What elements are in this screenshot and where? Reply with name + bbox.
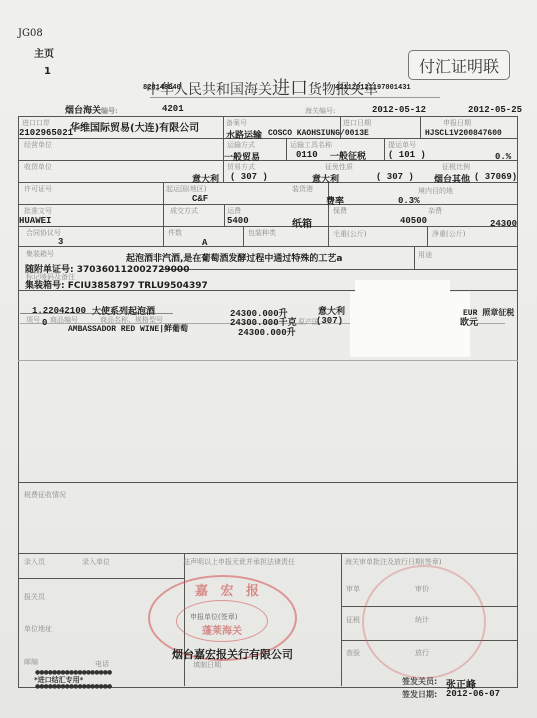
row-divider xyxy=(18,204,518,205)
forex-border-bottom: ●●●●●●●●●●●●●●●●●● xyxy=(35,683,111,690)
goods-row-divider xyxy=(18,360,518,361)
col-divider xyxy=(427,226,428,246)
contract-label: 合同协议号 xyxy=(26,228,61,238)
tax-status-label: 税费征收情况 xyxy=(24,490,66,500)
row-divider xyxy=(160,269,518,270)
transport-code: 0110 xyxy=(296,150,318,160)
goods-item-index: 0 xyxy=(42,318,47,328)
row-divider xyxy=(18,138,518,139)
col-divider xyxy=(414,246,415,269)
domestic-destination-label: 境内目的地 xyxy=(418,186,453,196)
container-numbers: 集装箱号: FCIU3858797 TRLU9504397 xyxy=(25,278,208,291)
page-number: 1 xyxy=(44,66,51,77)
package-type: 纸箱 xyxy=(292,215,312,230)
col-divider xyxy=(224,204,225,226)
row-divider xyxy=(18,578,184,579)
fee-rate: 0.3% xyxy=(398,196,420,206)
col-divider xyxy=(163,182,164,246)
declare-unit-label: 申报单位(签章) xyxy=(190,612,237,622)
customs-office: 烟台海关编号: xyxy=(65,103,118,116)
pieces: A xyxy=(202,238,207,248)
entry-unit-label: 录入单位 xyxy=(82,557,110,567)
goods-currency: 欧元 xyxy=(460,315,478,328)
trans-terms: C&F xyxy=(192,194,208,204)
page-label: 主页 xyxy=(34,45,54,60)
row-divider xyxy=(18,246,518,247)
insurance: 40500 xyxy=(400,216,427,226)
agent-company: 烟台嘉宏报关行有限公司 xyxy=(172,646,293,662)
approval-number: HUAWEI xyxy=(19,216,51,226)
insurance-label: 保费 xyxy=(333,206,347,216)
declare-number: HJSCL1V200847600 xyxy=(425,129,502,138)
operator-label: 经营单位 xyxy=(24,140,52,150)
destination-code: ( 37069) xyxy=(474,172,517,182)
seal-text-bottom: 蓬莱海关 xyxy=(202,622,242,637)
transport-tool-label: 运输工具名称 xyxy=(290,140,332,150)
tax-code: ( 101 ) xyxy=(388,150,426,160)
package-label: 包装种类 xyxy=(248,228,276,238)
tax-ratio-label: 征税比例 xyxy=(442,162,470,172)
net-weight-label: 净重(公斤) xyxy=(432,229,465,239)
misc-label: 杂费 xyxy=(428,206,442,216)
transport-mode-label: 运输方式 xyxy=(227,140,255,150)
issuer-label: 签发关员: xyxy=(402,676,437,687)
gross-weight-label: 毛重(公斤) xyxy=(333,229,366,239)
freight: 5400 xyxy=(227,216,249,226)
postcode-label: 邮编 xyxy=(24,657,38,667)
departure-country: 意大利 xyxy=(312,172,339,185)
inspect-label: 查验 xyxy=(346,648,360,658)
customs-office-name: 烟台海关 xyxy=(65,106,101,116)
col-divider xyxy=(286,138,287,160)
title-main: 进口 xyxy=(272,78,308,99)
trade-mode-label: 贸易方式 xyxy=(227,162,255,172)
departure-country-code: ( 307 ) xyxy=(376,172,414,182)
goods-origin-code: (307) xyxy=(316,316,343,326)
serial-number: 4201 xyxy=(162,104,184,114)
goods-quantity-3: 24300.000升 xyxy=(238,325,296,338)
levy-label: 征税 xyxy=(346,615,360,625)
declare-date-label: 申报日期 xyxy=(443,118,471,128)
bill-no-label: 提运单号 xyxy=(388,140,416,150)
pieces-label: 件数 xyxy=(168,228,182,238)
redacted-area xyxy=(350,292,470,357)
loading-port-label: 装货港 xyxy=(292,184,313,194)
goods-spec: AMBASSADOR RED WINE|鲜葡萄 xyxy=(68,323,188,334)
destination: 烟台其他 xyxy=(434,172,470,185)
deal-mode-label: 成交方式 xyxy=(170,206,198,216)
col-divider xyxy=(243,226,244,246)
license-label: 许可证号 xyxy=(24,184,52,194)
phone-label: 电话 xyxy=(95,659,109,669)
date-1: 2012-05-12 xyxy=(372,105,426,115)
customs-seal xyxy=(362,565,486,679)
customs-declaration-document: JG08 主页 1 中华人民共和国海关进口货物报关单 828148840 421… xyxy=(0,0,537,718)
redacted-area xyxy=(355,280,450,300)
tax-nature-label: 征免性质 xyxy=(325,162,353,172)
import-date-label: 进口日期 xyxy=(343,118,371,128)
misc: 24300 xyxy=(490,219,517,229)
record-no-label: 备案号 xyxy=(226,118,247,128)
contract-number: 3 xyxy=(58,237,63,247)
tax-nature: 一般征税 xyxy=(330,149,366,162)
row-divider xyxy=(18,553,518,554)
copy-type-label: 付汇证明联 xyxy=(408,50,510,80)
customs-no-label: 海关编号: xyxy=(305,106,335,116)
origin-country-code: ( 307 ) xyxy=(230,172,268,182)
declaration-statement: 兹声明以上申报无讹并承担法律责任 xyxy=(183,557,295,567)
title-underline xyxy=(150,97,440,98)
issue-date: 2012-06-07 xyxy=(446,689,500,699)
address-label: 单位地址 xyxy=(24,624,52,634)
col-divider xyxy=(223,116,224,182)
from-country-label: 起运国(地区) xyxy=(166,184,206,194)
col-divider xyxy=(341,553,342,686)
container-label: 集装箱号 xyxy=(26,249,54,259)
preentry-number: 828148840 xyxy=(143,84,181,92)
row-divider xyxy=(18,226,518,227)
serial-label: 编号: xyxy=(101,106,118,115)
usage-label: 用途 xyxy=(418,250,432,260)
customs-number-stamp: 421120121197001431 xyxy=(335,84,411,92)
col-divider xyxy=(384,138,385,160)
fill-date-label: 填制日期 xyxy=(193,660,221,670)
issue-date-label: 签发日期: xyxy=(402,689,437,700)
col-divider xyxy=(420,116,421,138)
review-label: 审单 xyxy=(346,584,360,594)
company-code: 2102965021 xyxy=(19,128,73,138)
vessel-name: COSCO KAOHSIUNG/0013E xyxy=(268,129,369,138)
consignee-label: 收货单位 xyxy=(24,162,52,172)
date-2: 2012-05-25 xyxy=(468,105,522,115)
tax-rate: 0.% xyxy=(495,152,511,162)
declarer-label: 报关员 xyxy=(24,592,45,602)
approval-label: 批准文号 xyxy=(24,206,52,216)
seal-text-top: 嘉 宏 报 xyxy=(195,580,263,599)
col-item-label: 项号 xyxy=(26,315,40,325)
freight-label: 运费 xyxy=(227,206,241,216)
col-divider xyxy=(328,204,329,246)
row-divider xyxy=(18,160,518,161)
import-port-label: 进口口岸 xyxy=(22,118,50,128)
form-code: JG08 xyxy=(18,28,43,39)
row-divider xyxy=(18,482,518,483)
entry-clerk-label: 录入员 xyxy=(24,557,45,567)
company-name: 华维国际贸易(大连)有限公司 xyxy=(70,119,199,134)
